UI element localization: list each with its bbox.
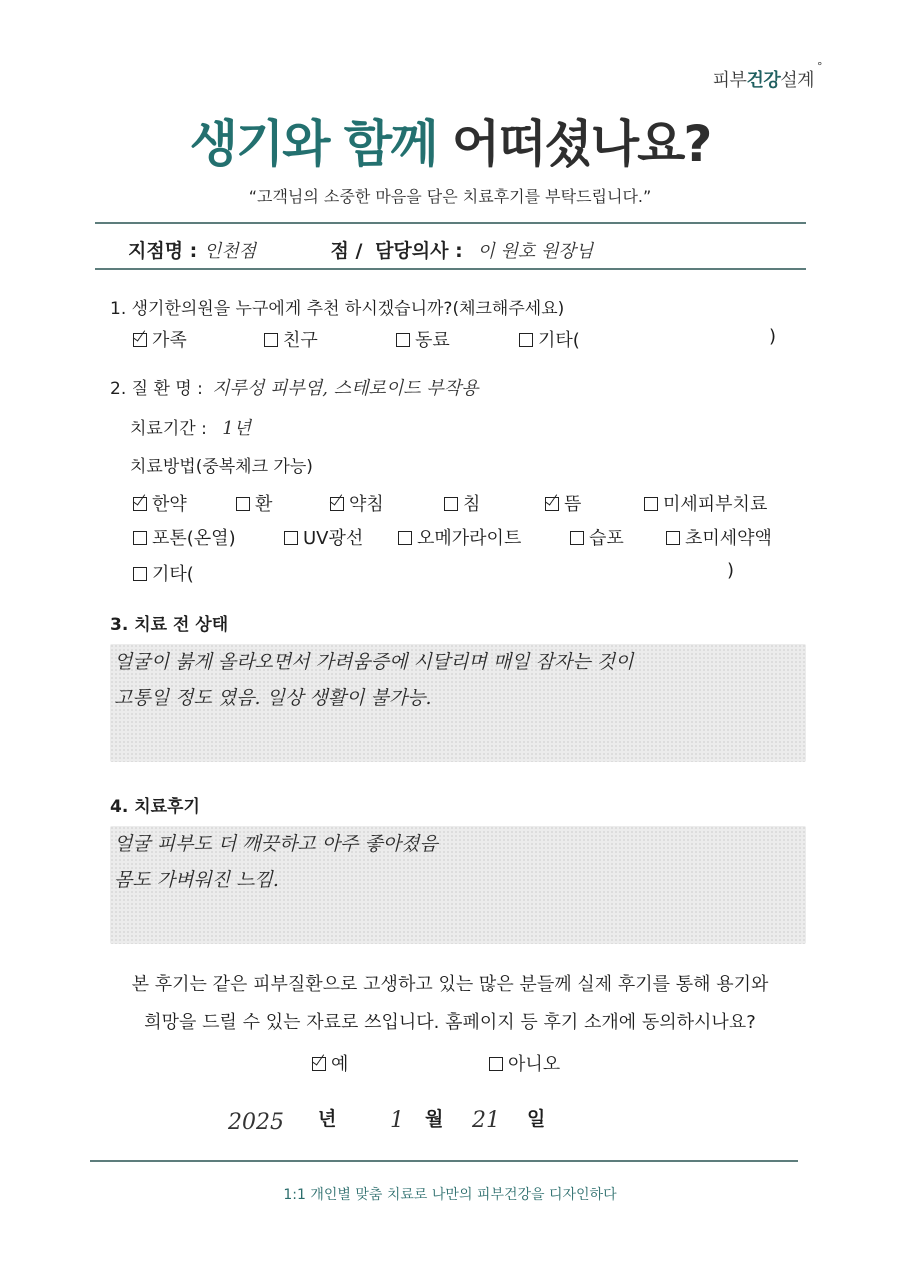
- q1-label: 1. 생기한의원을 누구에게 추천 하시겠습니까?(체크해주세요): [110, 294, 564, 319]
- checkbox-checked-icon[interactable]: [330, 497, 344, 511]
- doctor-field[interactable]: 이 원호 원장님: [477, 241, 593, 262]
- day-label: 일: [527, 1104, 545, 1131]
- method-pharmacopuncture[interactable]: 약침: [330, 490, 384, 516]
- q2-disease-row: 2. 질 환 명 : 지루성 피부염, 스테로이드 부작용: [110, 374, 479, 400]
- method-micro-skin[interactable]: 미세피부치료: [644, 490, 767, 516]
- method-close-paren: ): [727, 560, 734, 581]
- method-omega-light[interactable]: 오메가라이트: [398, 524, 521, 550]
- year-field[interactable]: 2025: [228, 1110, 284, 1135]
- footer-slogan: 1:1 개인별 맞춤 치료로 나만의 피부건강을 디자인하다: [0, 1184, 900, 1204]
- q1-option-coworker[interactable]: 동료: [396, 326, 450, 352]
- checkbox-icon[interactable]: [396, 333, 410, 347]
- month-label: 월: [425, 1104, 443, 1131]
- divider-footer: [90, 1160, 798, 1162]
- checkbox-icon[interactable]: [489, 1057, 503, 1071]
- review-line-2: 몸도 가벼워진 느낌.: [114, 862, 806, 898]
- brand-mark-icon: °: [817, 60, 822, 73]
- checkbox-checked-icon[interactable]: [133, 497, 147, 511]
- period-label: 치료기간 :: [130, 419, 207, 439]
- brand-highlight: 건강: [746, 70, 780, 91]
- before-line-2: 고통일 정도 였음. 일상 생활이 불가능.: [114, 680, 806, 716]
- review-line-1: 얼굴 피부도 더 깨끗하고 아주 좋아졌음: [114, 826, 806, 862]
- title-part1: 생기와 함께: [190, 115, 437, 173]
- q4-label: 4. 치료후기: [110, 792, 200, 817]
- brand-logo: 피부건강설계°: [713, 66, 822, 92]
- q2-period-row: 치료기간 : 1년: [130, 414, 251, 440]
- checkbox-icon[interactable]: [284, 531, 298, 545]
- q3-label: 3. 치료 전 상태: [110, 610, 228, 635]
- brand-prefix: 피부: [713, 70, 747, 91]
- method-other[interactable]: 기타(: [133, 560, 194, 586]
- q1-close-paren: ): [769, 326, 776, 347]
- branch-label: 지점명 :: [128, 240, 197, 262]
- divider-top: [95, 222, 806, 224]
- doctor-label: 담당의사 :: [375, 240, 463, 262]
- checkbox-icon[interactable]: [264, 333, 278, 347]
- divider-bottom: [95, 268, 806, 270]
- checkbox-icon[interactable]: [133, 531, 147, 545]
- checkbox-icon[interactable]: [398, 531, 412, 545]
- method-wet-compress[interactable]: 습포: [570, 524, 624, 550]
- consent-line-1: 본 후기는 같은 피부질환으로 고생하고 있는 많은 분들께 실제 후기를 통해…: [0, 966, 900, 1004]
- consent-line-2: 희망을 드릴 수 있는 자료로 쓰입니다. 홈페이지 등 후기 소개에 동의하시…: [0, 1004, 900, 1042]
- checkbox-checked-icon[interactable]: [133, 333, 147, 347]
- before-line-1: 얼굴이 붉게 올라오면서 가려움증에 시달리며 매일 잠자는 것이: [114, 644, 806, 680]
- method-label: 치료방법(중복체크 가능): [130, 452, 313, 477]
- consent-text: 본 후기는 같은 피부질환으로 고생하고 있는 많은 분들께 실제 후기를 통해…: [0, 966, 900, 1042]
- checkbox-icon[interactable]: [236, 497, 250, 511]
- disease-field[interactable]: 지루성 피부염, 스테로이드 부작용: [212, 378, 478, 399]
- branch-field[interactable]: 인천점: [204, 237, 324, 263]
- checkbox-checked-icon[interactable]: [545, 497, 559, 511]
- checkbox-icon[interactable]: [570, 531, 584, 545]
- title-part2: 어떠셨나요?: [452, 115, 711, 173]
- q1-option-friend[interactable]: 친구: [264, 326, 318, 352]
- period-field[interactable]: 1년: [222, 418, 251, 439]
- method-uv[interactable]: UV광선: [284, 524, 363, 550]
- consent-yes[interactable]: 예: [312, 1050, 348, 1076]
- year-label: 년: [318, 1104, 336, 1131]
- checkbox-icon[interactable]: [133, 567, 147, 581]
- brand-suffix: 설계: [780, 70, 814, 91]
- branch-suffix: 점 /: [331, 240, 363, 262]
- checkbox-checked-icon[interactable]: [312, 1057, 326, 1071]
- month-field[interactable]: 1: [390, 1108, 404, 1133]
- method-herbal[interactable]: 한약: [133, 490, 187, 516]
- day-field[interactable]: 21: [472, 1108, 500, 1133]
- method-pill[interactable]: 환: [236, 490, 272, 516]
- consent-no[interactable]: 아니오: [489, 1050, 560, 1076]
- q1-option-family[interactable]: 가족: [133, 326, 187, 352]
- page-subtitle: “고객님의 소중한 마음을 담은 치료후기를 부탁드립니다.”: [0, 184, 900, 207]
- q1-option-other[interactable]: 기타(: [519, 326, 580, 352]
- branch-row: 지점명 : 인천점 점 / 담당의사 : 이 원호 원장님: [128, 236, 593, 263]
- before-treatment-textarea[interactable]: 얼굴이 붉게 올라오면서 가려움증에 시달리며 매일 잠자는 것이 고통일 정도…: [110, 644, 806, 762]
- checkbox-icon[interactable]: [519, 333, 533, 347]
- disease-label: 2. 질 환 명 :: [110, 379, 203, 399]
- method-moxibustion[interactable]: 뜸: [545, 490, 581, 516]
- method-photon[interactable]: 포톤(온열): [133, 524, 236, 550]
- checkbox-icon[interactable]: [666, 531, 680, 545]
- checkbox-icon[interactable]: [444, 497, 458, 511]
- checkbox-icon[interactable]: [644, 497, 658, 511]
- method-ultrafine-solution[interactable]: 초미세약액: [666, 524, 772, 550]
- page-title: 생기와 함께 어떠셨나요?: [0, 104, 900, 176]
- review-textarea[interactable]: 얼굴 피부도 더 깨끗하고 아주 좋아졌음 몸도 가벼워진 느낌.: [110, 826, 806, 944]
- method-acupuncture[interactable]: 침: [444, 490, 480, 516]
